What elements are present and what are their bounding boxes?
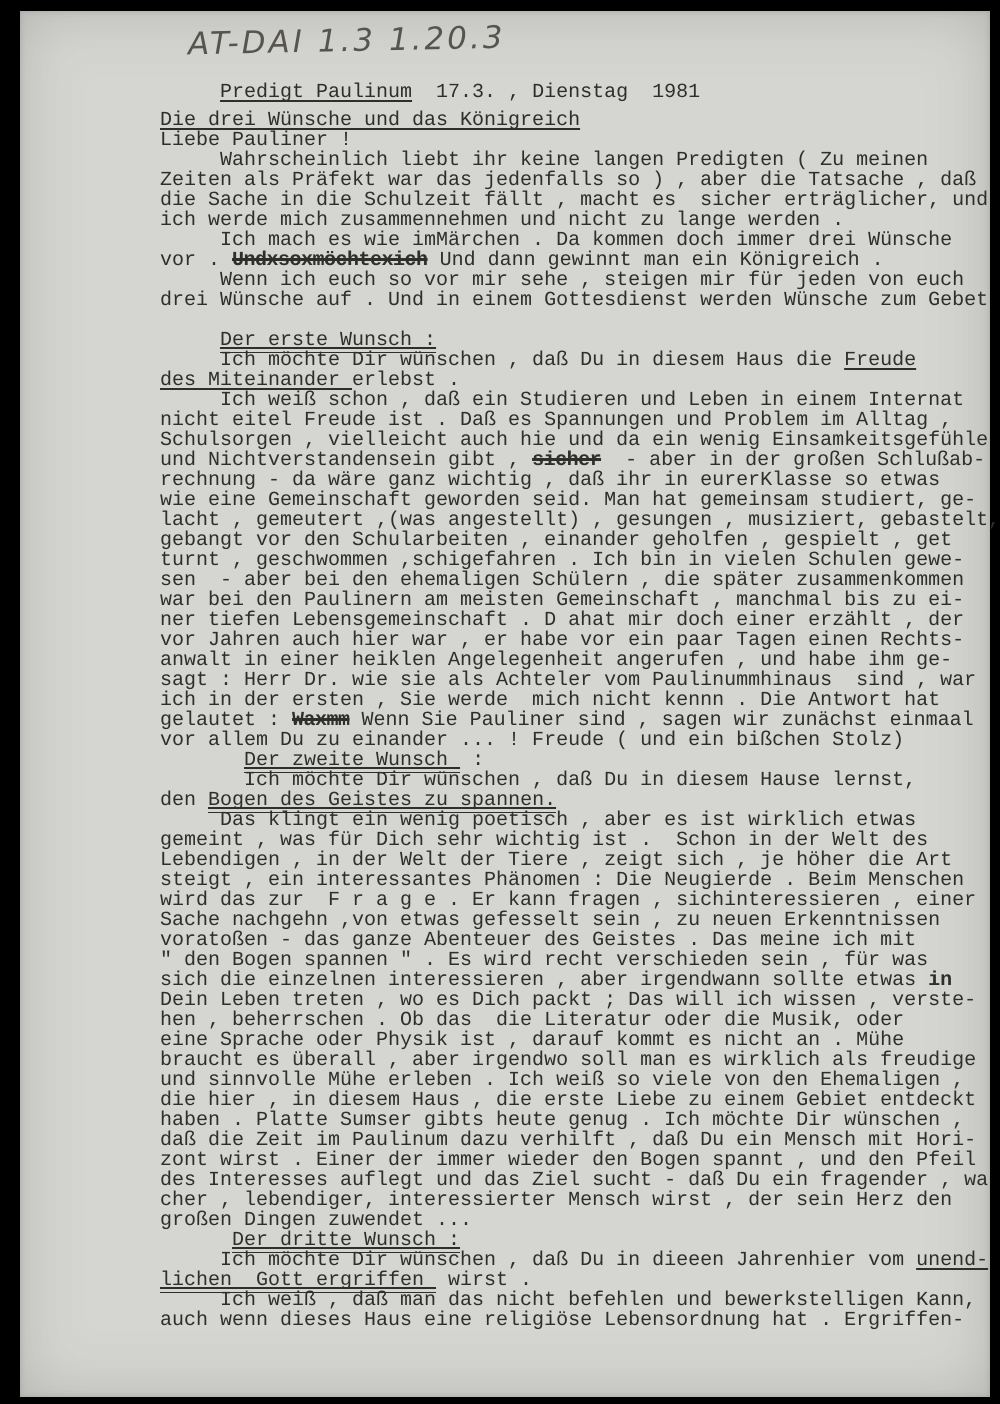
text-line: vor . Undxsoxmöchtexich Und dann gewinnt…: [160, 251, 992, 271]
underlined-text: Freude: [844, 349, 916, 372]
text-line: sen - aber bei den ehemaligen Schülern ,…: [160, 571, 992, 591]
text-line: daß die Zeit im Paulinum dazu verhilft ,…: [160, 1131, 992, 1151]
text-segment: 17.3. , Dienstag 1981: [412, 81, 700, 104]
text-line: Ich weiß schon , daß ein Studieren und L…: [160, 391, 992, 411]
text-line: turnt , geschwommen ,schigefahren . Ich …: [160, 551, 992, 571]
text-line: voratoßen - das ganze Abenteuer des Geis…: [160, 931, 992, 951]
text-line: vor Jahren auch hier war , er habe vor e…: [160, 631, 992, 651]
text-line: Der erste Wunsch :: [160, 331, 992, 351]
text-line: gelautet : Waxmm Wenn Sie Pauliner sind …: [160, 711, 992, 731]
text-line: die Sache in die Schulzeit fällt , macht…: [160, 191, 992, 211]
text-line: rechnung - da wäre ganz wichtig , daß ih…: [160, 471, 992, 491]
text-line: Ich möchte Dir wünschen , daß Du in diee…: [160, 1251, 992, 1271]
text-line: ich werde mich zusammennehmen und nicht …: [160, 211, 992, 231]
text-line: anwalt in einer heiklen Angelegenheit an…: [160, 651, 992, 671]
handwritten-archive-reference: AT-DAI 1.3 1.20.3: [188, 20, 506, 63]
text-line: hen , beherrschen . Ob das die Literatur…: [160, 1011, 992, 1031]
text-segment: drei Wünsche auf . Und in einem Gottesdi…: [160, 289, 988, 312]
text-line: lacht , gemeutert ,(was angestellt) , ge…: [160, 511, 992, 531]
text-line: gemeint , was für Dich sehr wichtig ist …: [160, 831, 992, 851]
text-line: war bei den Paulinern am meisten Gemeins…: [160, 591, 992, 611]
text-segment: [160, 81, 220, 104]
text-line: Dein Leben treten , wo es Dich packt ; D…: [160, 991, 992, 1011]
text-line: Ich mach es wie imMärchen . Da kommen do…: [160, 231, 992, 251]
text-line: zont wirst . Einer der immer wieder den …: [160, 1151, 992, 1171]
text-line: Predigt Paulinum 17.3. , Dienstag 1981: [160, 83, 992, 103]
text-line: Sache nachgehn ,von etwas gefesselt sein…: [160, 911, 992, 931]
text-line: eine Sprache oder Physik ist , darauf ko…: [160, 1031, 992, 1051]
text-line: Wenn ich euch so vor mir sehe , steigen …: [160, 271, 992, 291]
text-line: ner tiefen Lebensgemeinschaft . D ahat m…: [160, 611, 992, 631]
text-line: und sinnvolle Mühe erleben . Ich weiß so…: [160, 1071, 992, 1091]
underlined-text: Predigt Paulinum: [220, 81, 412, 104]
text-line: Der zweite Wunsch :: [160, 751, 992, 771]
text-line: Wahrscheinlich liebt ihr keine langen Pr…: [160, 151, 992, 171]
text-line: und Nichtverstandensein gibt , sicher - …: [160, 451, 992, 471]
text-line: großen Dingen zuwendet ...: [160, 1211, 992, 1231]
scan-background: AT-DAI 1.3 1.20.3 Predigt Paulinum 17.3.…: [0, 0, 1000, 1404]
text-line: die hier , in diesem Haus , die erste Li…: [160, 1091, 992, 1111]
text-line: Schulsorgen , vielleicht auch hie und da…: [160, 431, 992, 451]
text-line: wird das zur F r a g e . Er kann fragen …: [160, 891, 992, 911]
document-text: Predigt Paulinum 17.3. , Dienstag 1981Di…: [160, 83, 992, 1331]
text-line: Ich möchte Dir wünschen , daß Du in dies…: [160, 771, 992, 791]
text-line: haben . Platte Sumser gibts heute genug …: [160, 1111, 992, 1131]
text-line: wie eine Gemeinschaft geworden seid. Man…: [160, 491, 992, 511]
text-line: lichen Gott ergriffen wirst .: [160, 1271, 992, 1291]
text-line: Das klingt ein wenig poetisch , aber es …: [160, 811, 992, 831]
text-line: Die drei Wünsche und das Königreich: [160, 111, 992, 131]
text-line: ich in der ersten , Sie werde mich nicht…: [160, 691, 992, 711]
text-line: Zeiten als Präfekt war das jedenfalls so…: [160, 171, 992, 191]
underlined-text: unend-: [916, 1249, 988, 1272]
text-line: " den Bogen spannen " . Es wird recht ve…: [160, 951, 992, 971]
text-line: cher , lebendiger, interessierter Mensch…: [160, 1191, 992, 1211]
text-line: Ich möchte Dir wünschen , daß Du in dies…: [160, 351, 992, 371]
text-line: gebangt vor den Schularbeiten , einander…: [160, 531, 992, 551]
text-line: des Miteinander erlebst .: [160, 371, 992, 391]
text-line: Lebendigen , in der Welt der Tiere , zei…: [160, 851, 992, 871]
paper: AT-DAI 1.3 1.20.3 Predigt Paulinum 17.3.…: [20, 11, 990, 1397]
text-line: [160, 311, 992, 331]
text-line: Liebe Pauliner !: [160, 131, 992, 151]
text-line: Der dritte Wunsch :: [160, 1231, 992, 1251]
text-segment: auch wenn dieses Haus eine religiöse Leb…: [160, 1309, 964, 1332]
text-line: nicht eitel Freude ist . Daß es Spannung…: [160, 411, 992, 431]
text-line: steigt , ein interessantes Phänomen : Di…: [160, 871, 992, 891]
text-line: des Interesses auflegt und das Ziel such…: [160, 1171, 992, 1191]
text-line: drei Wünsche auf . Und in einem Gottesdi…: [160, 291, 992, 311]
text-line: auch wenn dieses Haus eine religiöse Leb…: [160, 1311, 992, 1331]
text-line: Ich weiß , daß man das nicht befehlen un…: [160, 1291, 992, 1311]
text-line: vor allem Du zu einander ... ! Freude ( …: [160, 731, 992, 751]
text-line: sich die einzelnen interessieren , aber …: [160, 971, 992, 991]
text-line: braucht es überall , aber irgendwo soll …: [160, 1051, 992, 1071]
text-line: sagt : Herr Dr. wie sie als Achteler vom…: [160, 671, 992, 691]
text-line: den Bogen des Geistes zu spannen.: [160, 791, 992, 811]
